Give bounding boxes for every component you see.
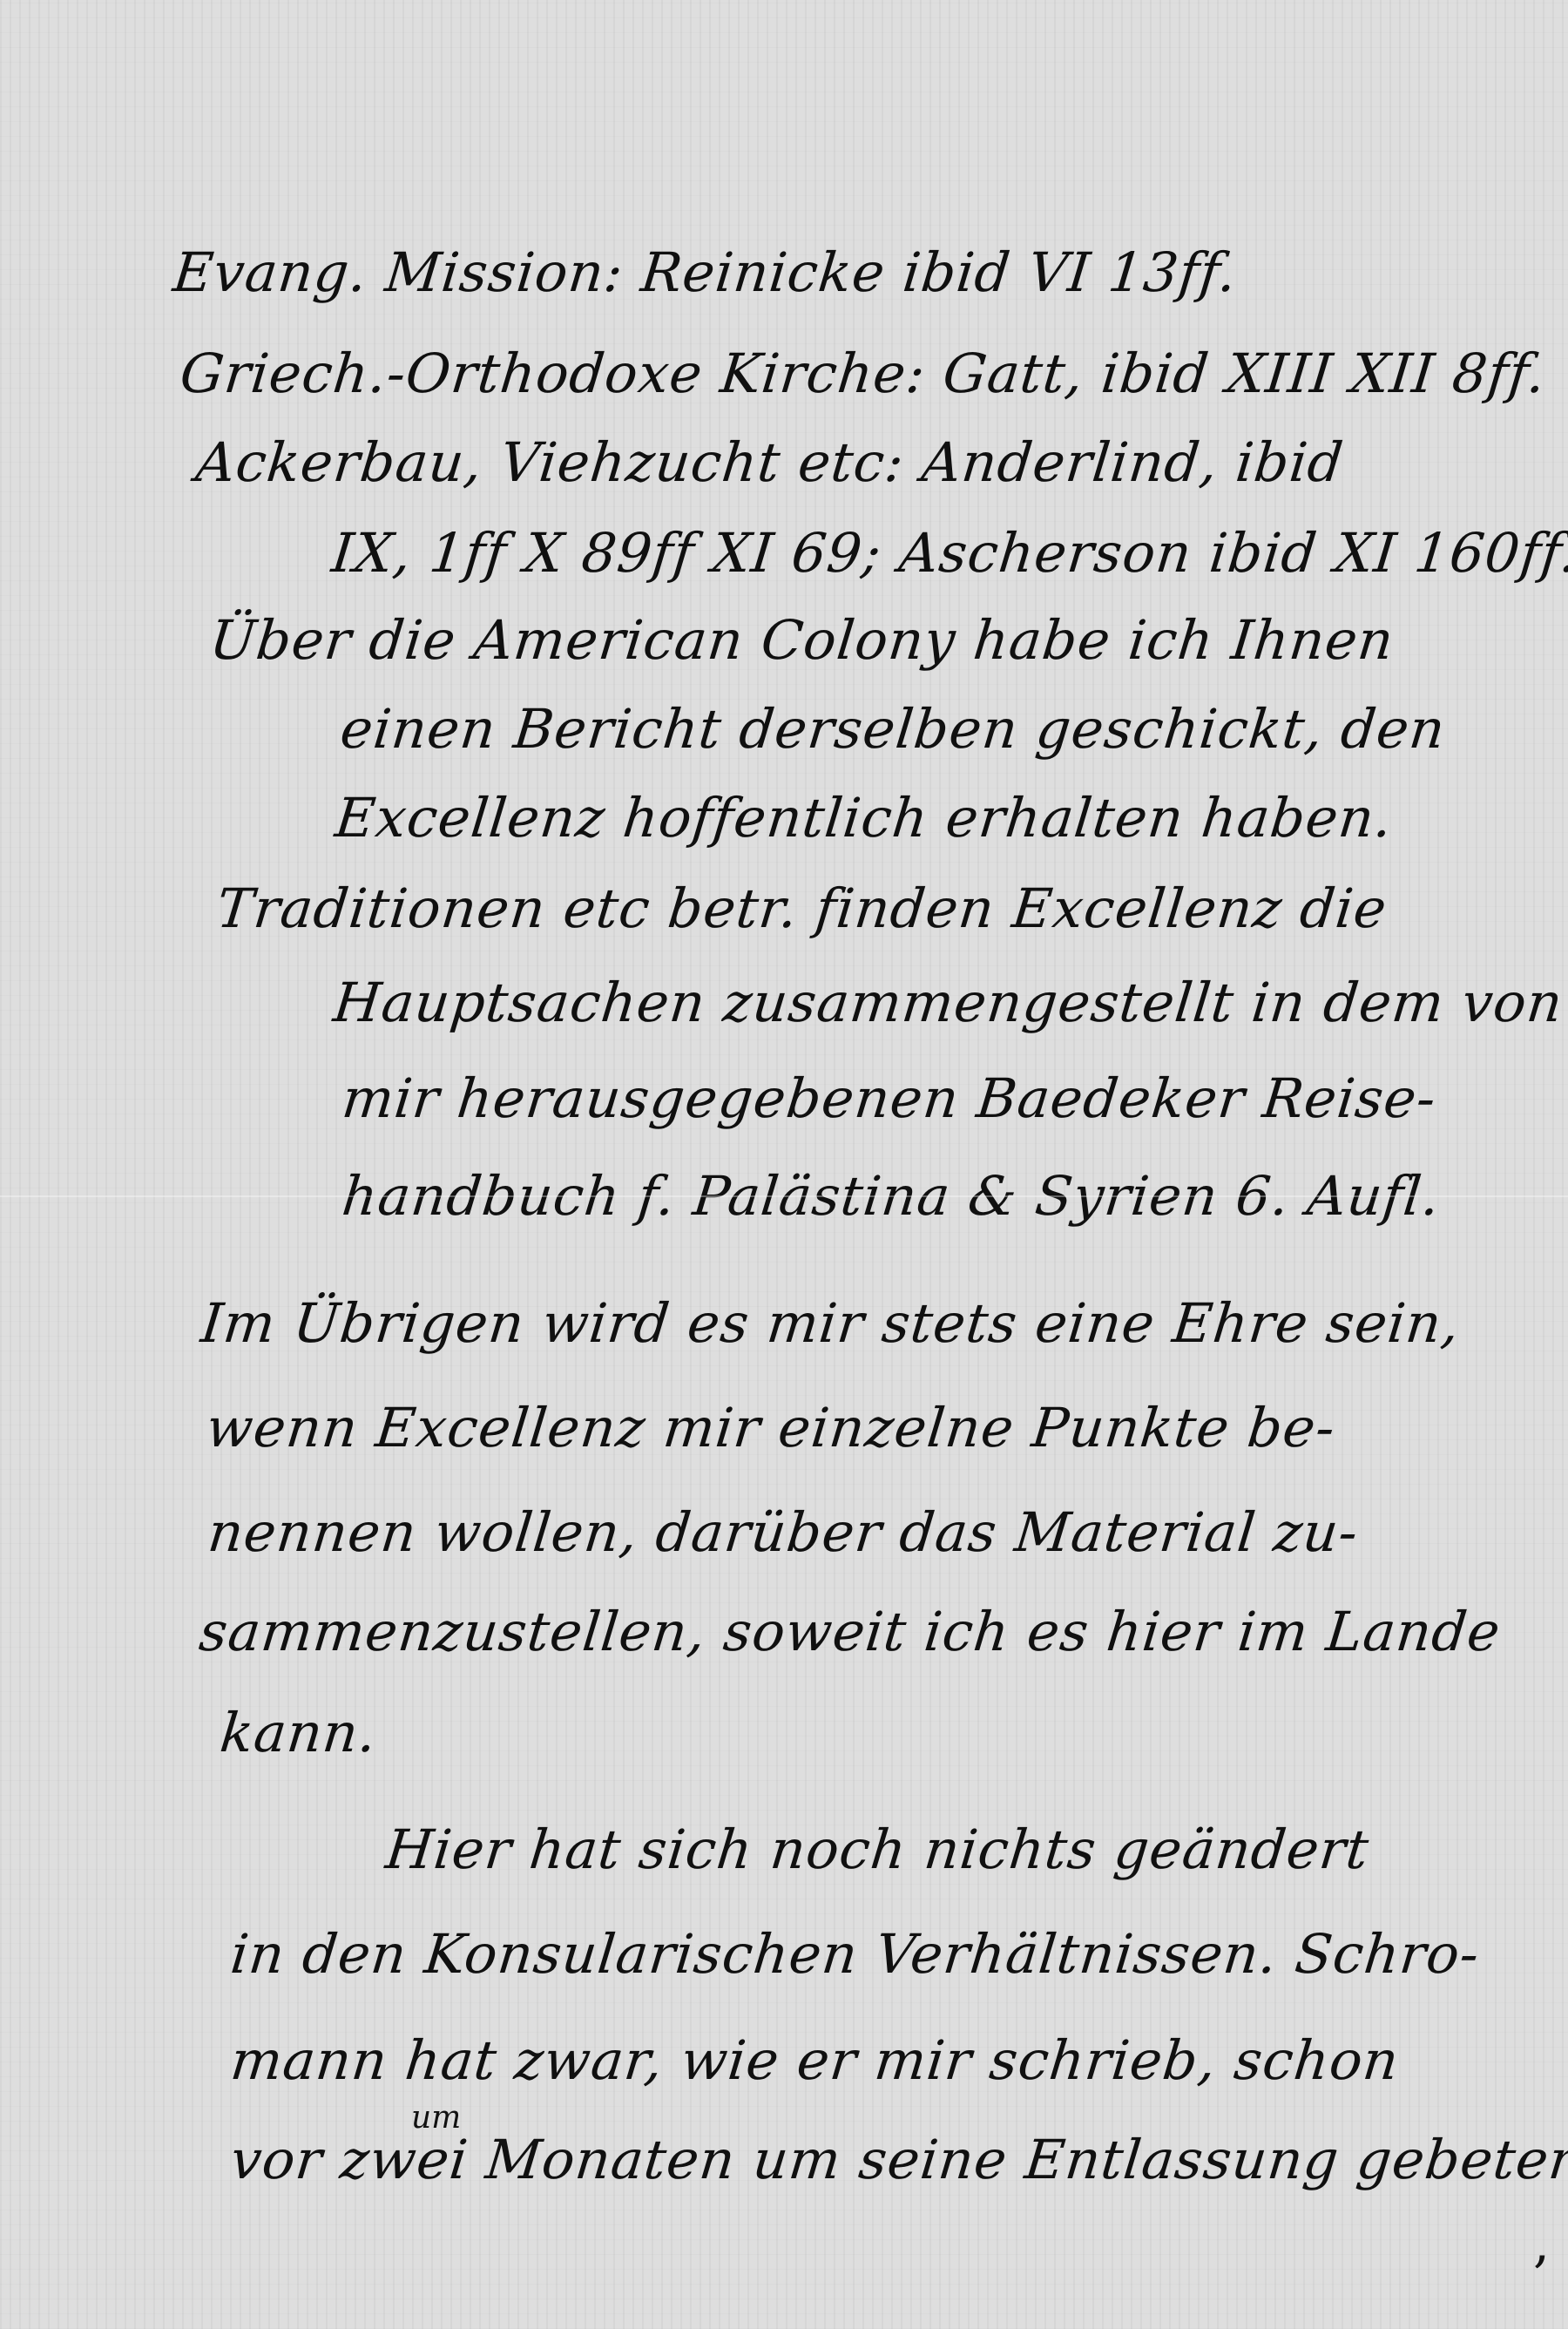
text-line: mann hat zwar, wie er mir schrieb, schon [228,2034,1402,2088]
text-line: nennen wollen, darüber das Material zu- [206,1506,1361,1560]
text-line: Über die American Colony habe ich Ihnen [207,613,1396,667]
text-line: sammenzustellen, soweit ich es hier im L… [197,1605,1504,1659]
text-line: wenn Excellenz mir einzelne Punkte be- [204,1401,1338,1455]
paper-fold-line [0,1195,1568,1197]
text-line: Evang. Mission: Reinicke ibid VI 13ff. [171,246,1240,300]
text-line: mir herausgegebenen Baedeker Reise- [340,1072,1439,1126]
text-line: Hier hat sich noch nichts geändert [383,1823,1372,1877]
text-line: Im Übrigen wird es mir stets eine Ehre s… [199,1297,1463,1351]
text-line: in den Konsularischen Verhältnissen. Sch… [228,1927,1482,1981]
text-line: Hauptsachen zusammengestellt in dem von [331,976,1565,1030]
text-line: vor zwei Monaten um seine Entlassung geb… [228,2133,1568,2187]
trailing-comma-mark: , [1533,2213,1550,2274]
text-line: Excellenz hoffentlich erhalten haben. [333,791,1396,845]
text-line: einen Bericht derselben geschickt, den [338,702,1448,756]
text-line: Ackerbau, Viehzucht etc: Anderlind, ibid [193,436,1346,490]
text-line: Griech.-Orthodoxe Kirche: Gatt, ibid XII… [178,347,1549,401]
text-line: Traditionen etc betr. finden Excellenz d… [214,882,1389,936]
text-line: IX, 1ff X 89ff XI 69; Ascherson ibid XI … [329,526,1568,580]
handwritten-letter-page: Evang. Mission: Reinicke ibid VI 13ff. G… [0,0,1568,2329]
text-line: kann. [218,1706,380,1760]
